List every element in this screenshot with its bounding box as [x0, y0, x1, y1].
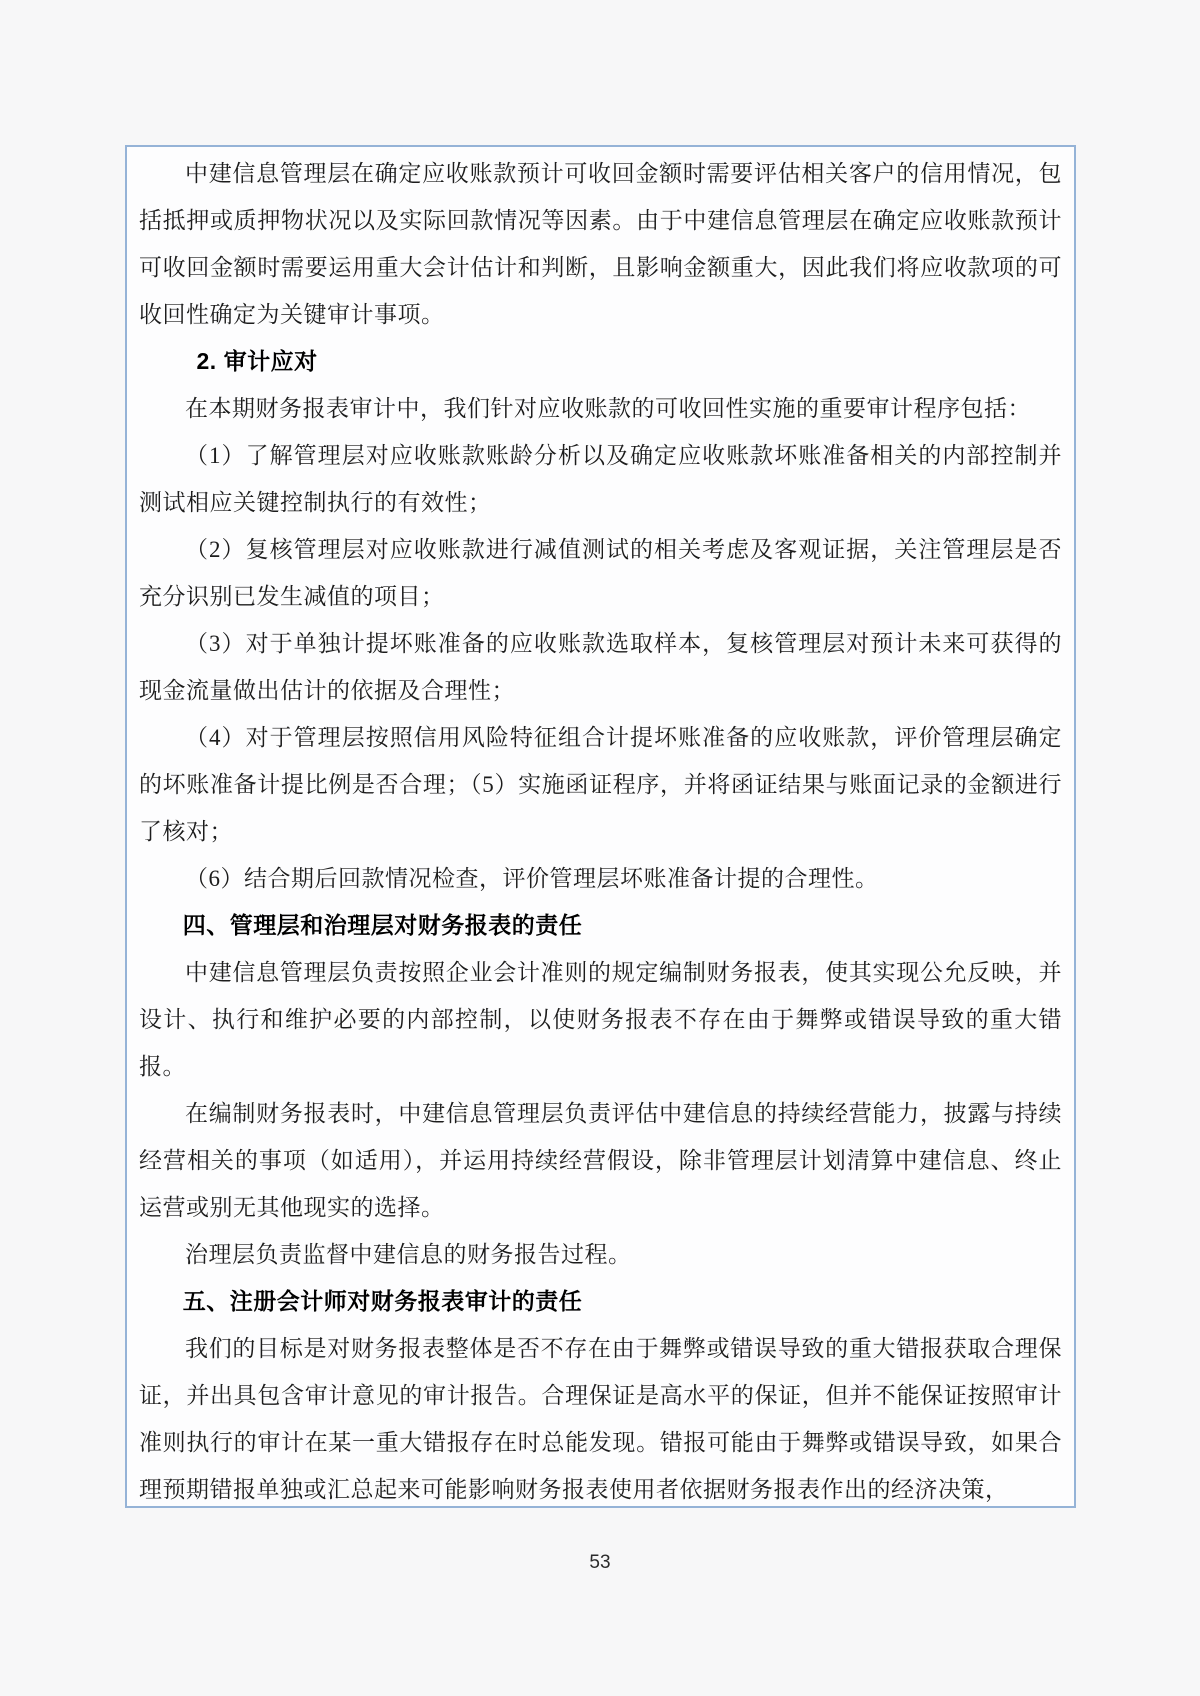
section-heading-auditor-responsibility: 五、注册会计师对财务报表审计的责任 — [139, 1278, 1062, 1325]
paragraph-procedure-4-5: （4）对于管理层按照信用风险特征组合计提坏账准备的应收账款，评价管理层确定的坏账… — [139, 714, 1062, 855]
paragraph-management-responsibility-2: 在编制财务报表时，中建信息管理层负责评估中建信息的持续经营能力，披露与持续经营相… — [139, 1090, 1062, 1231]
paragraph-procedure-1: （1）了解管理层对应收账款账龄分析以及确定应收账款坏账准备相关的内部控制并测试相… — [139, 432, 1062, 526]
paragraph-governance-oversight: 治理层负责监督中建信息的财务报告过程。 — [139, 1231, 1062, 1278]
paragraph-audit-procedures-intro: 在本期财务报表审计中，我们针对应收账款的可收回性实施的重要审计程序包括： — [139, 385, 1062, 432]
document-page: 中建信息管理层在确定应收账款预计可收回金额时需要评估相关客户的信用情况，包括抵押… — [0, 0, 1200, 1696]
section-heading-management-responsibility: 四、管理层和治理层对财务报表的责任 — [139, 902, 1062, 949]
paragraph-key-audit-matter-basis: 中建信息管理层在确定应收账款预计可收回金额时需要评估相关客户的信用情况，包括抵押… — [139, 150, 1062, 338]
page-number: 53 — [0, 1552, 1200, 1574]
paragraph-procedure-6: （6）结合期后回款情况检查，评价管理层坏账准备计提的合理性。 — [139, 855, 1062, 902]
paragraph-auditor-objective: 我们的目标是对财务报表整体是否不存在由于舞弊或错误导致的重大错报获取合理保证，并… — [139, 1325, 1062, 1508]
paragraph-procedure-3: （3）对于单独计提坏账准备的应收账款选取样本，复核管理层对预计未来可获得的现金流… — [139, 620, 1062, 714]
section-heading-audit-response: 2. 审计应对 — [139, 338, 1062, 385]
paragraph-procedure-2: （2）复核管理层对应收账款进行减值测试的相关考虑及客观证据，关注管理层是否充分识… — [139, 526, 1062, 620]
paragraph-management-responsibility-1: 中建信息管理层负责按照企业会计准则的规定编制财务报表，使其实现公允反映，并设计、… — [139, 949, 1062, 1090]
audit-report-text-box: 中建信息管理层在确定应收账款预计可收回金额时需要评估相关客户的信用情况，包括抵押… — [125, 145, 1076, 1508]
